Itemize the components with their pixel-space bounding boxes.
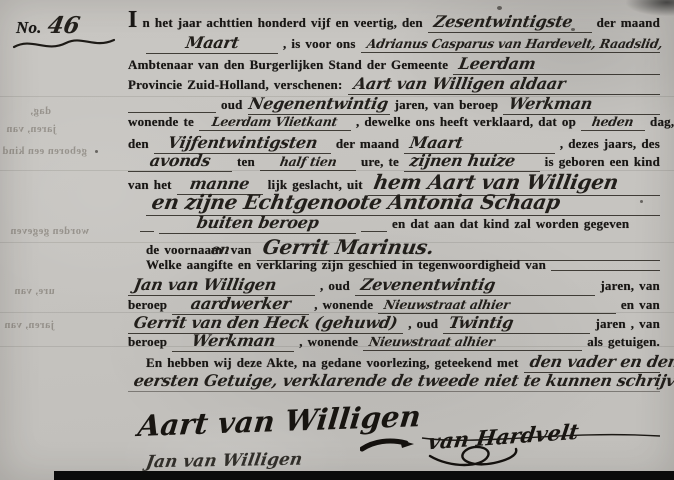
bleed-through-text: geboren een kind: [2, 146, 87, 157]
act-number: No. 46: [16, 12, 79, 39]
act-line: eersten Getuige, verklarende de tweede n…: [128, 371, 660, 392]
handwritten-entry: buiten beroep: [195, 213, 320, 232]
printed-text: En hebben wij deze Akte, na gedane voorl…: [146, 355, 519, 371]
fill-in-slot: Adrianus Casparus van Hardevelt, Raadsli…: [361, 36, 660, 53]
printed-text: van: [231, 242, 252, 258]
handwritten-entry: Jan van Willigen: [132, 275, 278, 294]
ink-speck: [640, 200, 643, 203]
handwritten-entry: Maart: [184, 33, 240, 52]
handwritten-entry: Vijfentwintigsten: [166, 133, 319, 152]
printed-text: , oud: [320, 278, 350, 294]
bleed-through-text: dag,: [30, 106, 51, 117]
bleed-through-text: ure, van: [14, 286, 55, 297]
ink-speck: [497, 6, 502, 10]
fill-in-slot: Leerdam: [453, 54, 660, 75]
handwritten-entry: Leerdam Vlietkant: [211, 114, 339, 129]
fill-in-slot: Nieuwstraat alhier: [363, 334, 582, 351]
printed-text: beroep: [128, 297, 167, 313]
handwritten-entry: Zesentwintigste: [432, 12, 574, 31]
act-line: Ambtenaar van den Burgerlijken Stand der…: [128, 54, 660, 75]
ruled-line: [140, 218, 154, 232]
act-line: beroep Werkman , wonende Nieuwstraat alh…: [128, 331, 660, 352]
birth-certificate-scan: dag, jaren, van geboren een kind worden …: [0, 0, 674, 480]
scan-smudge: [626, 0, 674, 16]
handwritten-entry: Negenentwintig: [247, 94, 389, 113]
fill-in-slot: buiten beroep: [159, 213, 356, 234]
fill-in-slot: avonds: [128, 151, 232, 172]
printed-text: , is voor ons: [283, 36, 356, 52]
printed-text: Ambtenaar van den Burgerlijken Stand der…: [128, 57, 448, 73]
bleed-through-text: jaren, van: [4, 320, 54, 331]
handwritten-entry: aardwerker: [189, 294, 292, 313]
act-line: Welke aangifte en verklaring zijn geschi…: [146, 257, 660, 273]
bleed-through-text: worden gegeven: [10, 226, 89, 237]
handwritten-entry: Leerdam: [458, 54, 538, 73]
printed-text: dag,: [650, 114, 674, 130]
printed-text: n het jaar achttien honderd vijf en veer…: [143, 15, 423, 31]
handwritten-entry: Aart van Willigen aldaar: [352, 74, 567, 93]
printed-text: , dewelke ons heeft verklaard, dat op: [356, 114, 576, 130]
act-line: Jan van Willigen , oud Zevenentwintig ja…: [128, 275, 660, 296]
handwritten-entry: Werkman: [508, 94, 595, 113]
fill-in-slot: Aart van Willigen aldaar: [348, 74, 660, 95]
ruled-line: [551, 257, 660, 271]
act-number-value: 46: [45, 12, 81, 39]
fill-in-slot: Werkman: [503, 94, 660, 115]
fill-in-slot: heden: [581, 114, 645, 131]
act-line: buiten beroep en dat aan dat kind zal wo…: [140, 213, 660, 234]
printed-text: ure, te: [361, 154, 399, 170]
act-line: Maart , is voor ons Adrianus Casparus va…: [146, 33, 660, 54]
fill-in-slot: Leerdam Vlietkant: [199, 114, 351, 131]
printed-text: , dezes jaars, des: [560, 136, 660, 152]
handwritten-entry: Nieuwstraat alhier: [368, 334, 496, 349]
handwritten-entry: den vader en den: [528, 352, 674, 371]
signature-witness: Jan van Willigen: [144, 450, 303, 473]
fill-in-slot: zijnen huize: [404, 151, 540, 172]
printed-text: ten: [237, 154, 255, 170]
printed-text: , wonende: [299, 334, 358, 350]
handwritten-entry: half tien: [278, 154, 337, 169]
ink-speck: [571, 28, 575, 31]
fill-in-slot: eersten Getuige, verklarende de tweede n…: [128, 371, 660, 392]
ruled-line: [128, 99, 216, 113]
act-line: oud Negenentwintig jaren, van beroep Wer…: [128, 94, 660, 115]
printed-text: Welke aangifte en verklaring zijn geschi…: [146, 257, 546, 273]
handwritten-entry: Maart: [409, 133, 465, 152]
fill-in-slot: Zevenentwintig: [355, 275, 595, 296]
fill-in-slot: half tien: [260, 154, 356, 171]
printed-text: wonende te: [128, 114, 194, 130]
printed-text: jaren, van: [600, 278, 660, 294]
act-line: wonende te Leerdam Vlietkant , dewelke o…: [128, 114, 660, 131]
handwritten-entry: heden: [591, 114, 635, 129]
handwritten-correction: en: [210, 242, 231, 258]
printed-text: den: [128, 136, 149, 152]
handwritten-entry: en zijne Echtgenoote Antonia Schaap: [150, 190, 562, 214]
fill-in-slot: Werkman: [172, 331, 294, 352]
printed-text: jaren, van beroep: [395, 97, 499, 113]
act-line: En hebben wij deze Akte, na gedane voorl…: [146, 352, 660, 373]
fill-in-slot: aardwerker: [172, 294, 309, 315]
act-line: I n het jaar achttien honderd vijf en ve…: [128, 12, 660, 33]
printed-text: , wonende: [314, 297, 373, 313]
act-line: avonds ten half tien ure, te zijnen huiz…: [128, 151, 660, 172]
handwritten-entry: Gerrit van den Heck (gehuwd): [132, 313, 399, 332]
handwritten-entry: Zevenentwintig: [359, 275, 496, 294]
ruled-line: [361, 218, 387, 232]
flourish-underline: [10, 36, 120, 54]
printed-text: als getuigen.: [587, 334, 660, 350]
printed-text: Provincie Zuid-Holland, verschenen:: [128, 77, 343, 93]
act-number-label: No.: [16, 18, 42, 38]
printed-text: is geboren een kind: [545, 154, 660, 170]
printed-text: en van: [621, 297, 660, 313]
fill-in-slot: Negenentwintig: [248, 94, 390, 115]
printed-text: jaren , van: [595, 316, 660, 332]
fill-in-slot: Maart: [146, 33, 278, 54]
drop-cap: I: [128, 15, 138, 25]
fill-in-slot: den vader en den: [524, 352, 660, 373]
handwritten-entry: Twintig: [448, 313, 516, 332]
signature-flourish: [360, 416, 670, 476]
fill-in-slot: Zesentwintigste: [428, 12, 592, 33]
handwritten-entry: zijnen huize: [408, 151, 516, 170]
bleed-through-text: jaren, van: [6, 124, 56, 135]
handwritten-entry: Gerrit Marinus.: [261, 235, 436, 259]
printed-text: der maand: [597, 15, 660, 31]
printed-text: en dat aan dat kind zal worden gegeven: [392, 216, 629, 232]
handwritten-entry: eersten Getuige, verklarende de tweede n…: [132, 371, 674, 390]
handwritten-entry: Nieuwstraat alhier: [383, 297, 511, 312]
handwritten-entry: Adrianus Casparus van Hardevelt, Raadsli…: [365, 36, 663, 51]
printed-text: oud: [221, 97, 243, 113]
fill-in-slot: Jan van Willigen: [128, 275, 315, 296]
scan-edge-bar: [54, 471, 674, 480]
fill-in-slot: Nieuwstraat alhier: [378, 297, 616, 314]
handwritten-entry: avonds: [148, 151, 212, 170]
act-line: beroep aardwerker , wonende Nieuwstraat …: [128, 294, 660, 315]
ink-speck: [95, 150, 98, 153]
handwritten-entry: Werkman: [190, 331, 277, 350]
printed-text: beroep: [128, 334, 167, 350]
act-line: Provincie Zuid-Holland, verschenen: Aart…: [128, 74, 660, 95]
printed-text: der maand: [336, 136, 399, 152]
printed-text: , oud: [408, 316, 438, 332]
